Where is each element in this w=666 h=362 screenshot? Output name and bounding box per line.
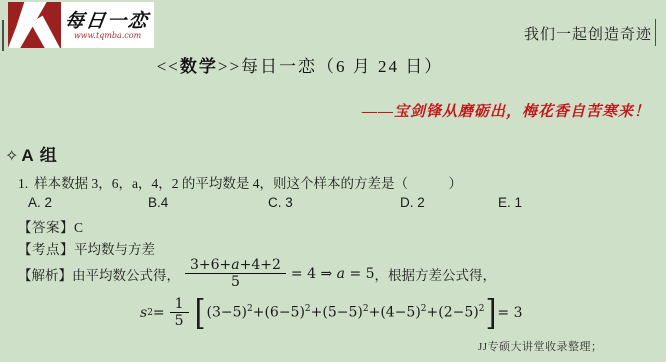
left-border-mark [2,20,4,51]
option-b: B.4 [148,195,168,210]
analysis-lead: 由平均数公式得， [72,264,180,284]
title-subject: 数学 [180,57,218,76]
answer-label: 【答案】 [18,220,74,235]
option-e: E. 1 [498,195,522,210]
one-fifth-fraction: 1 5 [170,296,189,329]
question-body: 样本数据 3，6，a，4，2 的平均数是 4，则这个样本的方差是（ ） [34,176,462,191]
section-heading: ✧A 组 [5,141,58,166]
question-text: 1.样本数据 3，6，a，4，2 的平均数是 4，则这个样本的方差是（ ） [18,172,462,192]
question-number: 1. [18,176,28,191]
equals-sign: = [153,305,165,321]
answer-value: C [74,220,83,235]
mean-numerator: 3+6+a+4+2 [185,257,286,274]
keypoint-label: 【考点】 [18,242,74,257]
page-title: <<数学>>每日一恋（6 月 24 日） [0,52,600,77]
option-a: A. 2 [28,195,52,210]
logo-brand-text: 每日一恋 [64,11,151,31]
answer-line: 【答案】C [18,216,83,236]
mean-fraction: 3+6+a+4+2 5 [185,257,286,290]
logo-text-block: 每日一恋 www.tqmba.com [61,2,154,48]
logo-url-text: www.tqmba.com [74,31,141,41]
cursor-mark [655,19,656,46]
keypoint-line: 【考点】平均数与方差 [18,238,155,258]
mean-result: = 4 ⇒ a = 5 [291,266,375,282]
logo-k-icon [8,2,61,48]
brand-logo: 每日一恋 www.tqmba.com [8,2,154,48]
analysis-tail: ，根据方差公式得， [375,264,497,284]
analysis-line: 【解析】 由平均数公式得， 3+6+a+4+2 5 = 4 ⇒ a = 5 ，根… [18,257,496,290]
variance-lhs: s [140,305,147,321]
option-c: C. 3 [268,195,293,210]
section-label: A 组 [21,146,57,165]
footer-credit: JJ专硕大讲堂收录整理； [478,338,603,354]
option-d: D. 2 [400,195,425,210]
motto-text: ——宝剑锋从磨砺出，梅花香自苦寒来！ [362,100,650,121]
document-page: 每日一恋 www.tqmba.com 我们一起创造奇迹 <<数学>>每日一恋（6… [0,0,666,362]
analysis-label: 【解析】 [18,264,72,284]
right-bracket: ] [485,295,496,330]
variance-terms: (3−5)2+(6−5)2+(5−5)2+(4−5)2+(2−5)2 [207,304,485,321]
variance-result: = 3 [497,305,522,321]
mean-denominator: 5 [226,274,245,290]
left-bracket: [ [195,295,206,330]
keypoint-value: 平均数与方差 [74,242,155,257]
diamond-icon: ✧ [5,148,19,165]
variance-formula: s2 = 1 5 [ (3−5)2+(6−5)2+(5−5)2+(4−5)2+(… [140,296,523,329]
title-rest: >>每日一恋（6 月 24 日） [218,57,443,76]
title-open: << [157,57,180,76]
tagline-text: 我们一起创造奇迹 [524,23,652,44]
